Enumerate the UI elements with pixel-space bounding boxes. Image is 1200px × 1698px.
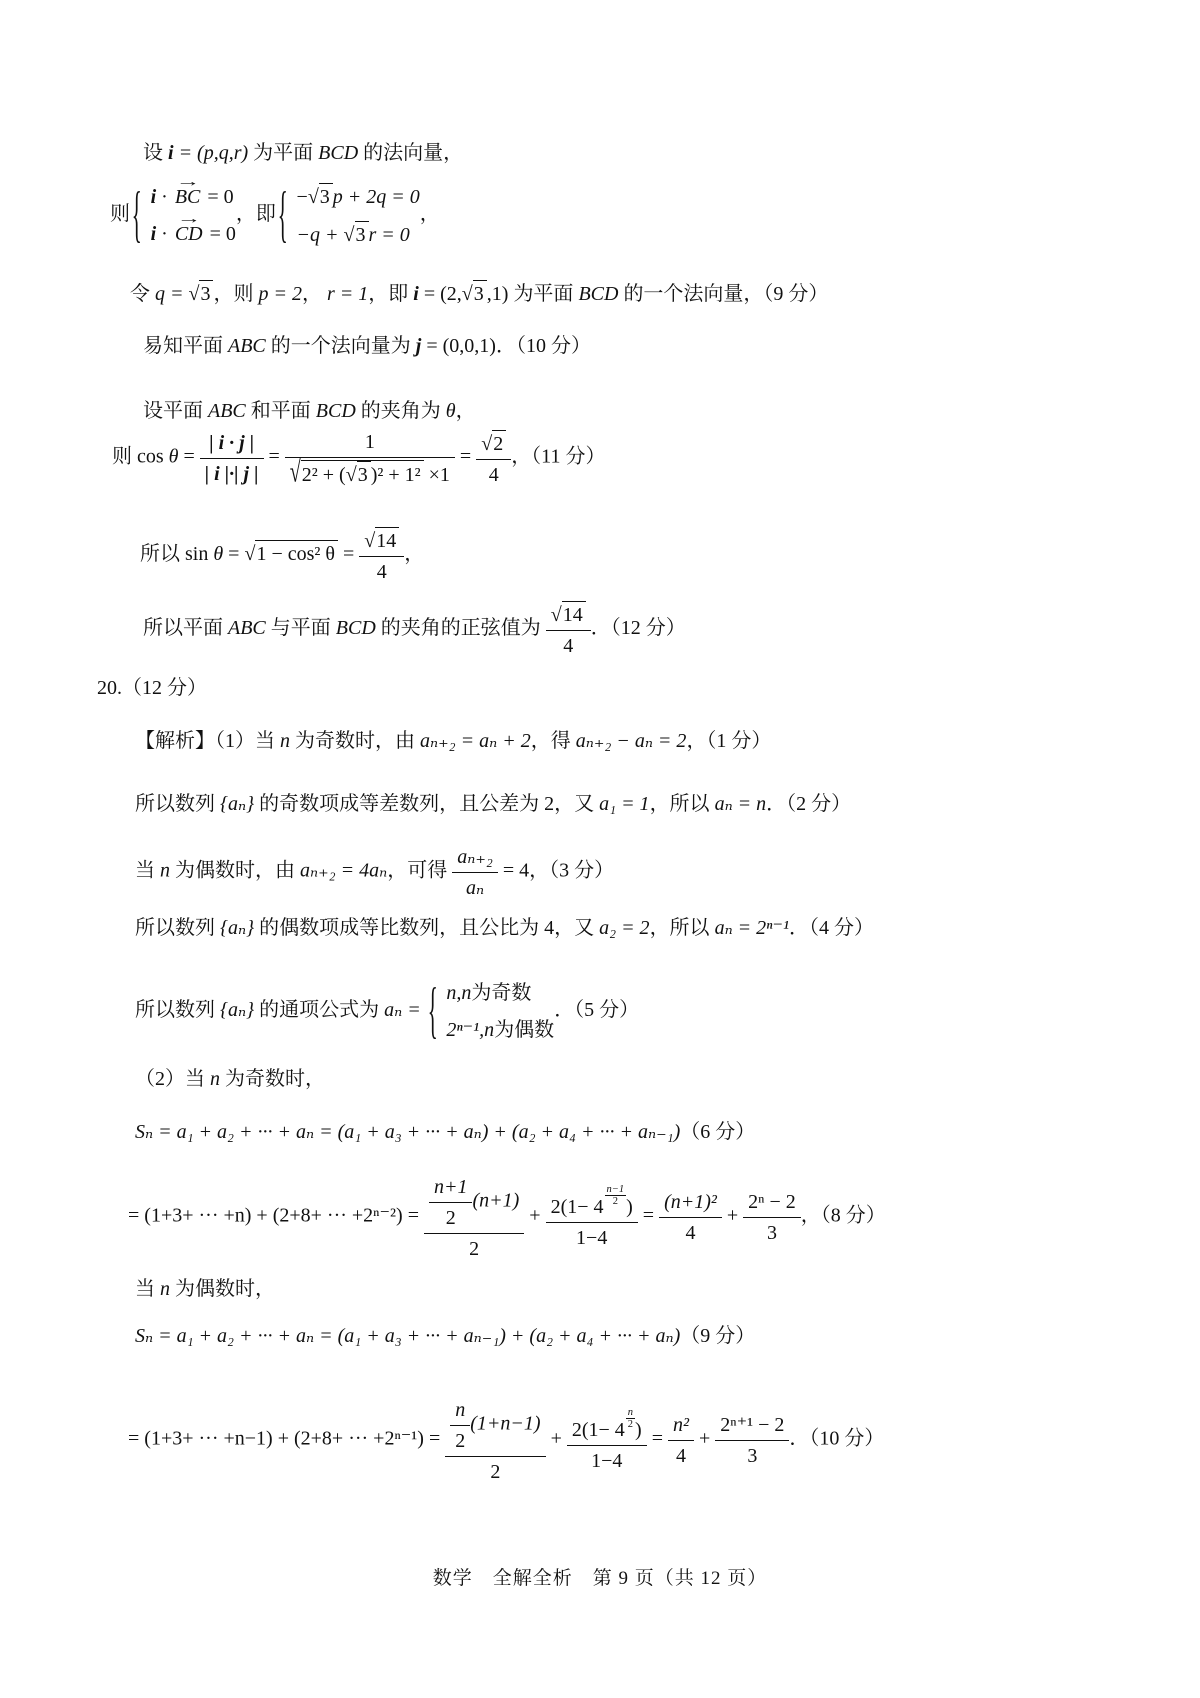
- vector: →BC: [175, 184, 201, 210]
- page-footer: 数学 全解全析 第 9 页（共 12 页）: [0, 1563, 1200, 1590]
- denominator: | i |·| j |: [200, 459, 264, 487]
- text: 的一个法向量，（9 分）: [618, 283, 828, 305]
- equation: −q + √3r = 0: [297, 221, 420, 248]
- denominator: 1−4: [567, 1446, 647, 1474]
- document-page: 设 i = (p,q,r) 为平面 BCD 的法向量， 则{i · →BC = …: [0, 0, 1200, 1698]
- numerator: n: [626, 1407, 635, 1419]
- math-function: sin: [185, 543, 208, 565]
- text: ，（1 分）: [686, 730, 771, 752]
- math: aₙ = n: [715, 793, 767, 815]
- numerator: n2(1+n−1): [445, 1395, 545, 1457]
- line-general-formula: 所以数列 {aₙ} 的通项公式为 aₙ = {n,n为奇数2ⁿ⁻¹,n为偶数．（…: [135, 980, 639, 1043]
- cases-group: {i · →BC = 0i · →CD = 0: [130, 184, 236, 247]
- fraction: 2ⁿ − 23: [743, 1188, 801, 1246]
- text: ，: [404, 543, 424, 565]
- denominator: 2: [429, 1203, 473, 1231]
- text: ．（10 分）: [789, 1428, 884, 1450]
- vector-arrow-icon: →: [175, 173, 199, 192]
- math: BCD: [336, 617, 376, 639]
- math: θ: [446, 400, 456, 422]
- cases-rows: −√3p + 2q = 0−q + √3r = 0: [297, 183, 420, 248]
- math: = 0: [202, 186, 233, 208]
- text: 为奇数: [471, 982, 531, 1004]
- line-solve-normal-vector: 令 q = √3，则 p = 2， r = 1，即 i = (2,√3,1) 为…: [130, 280, 828, 307]
- text: 与平面: [266, 617, 336, 639]
- line-sn-even-result: = (1+3+ ··· +n−1) + (2+8+ ··· +2ⁿ⁻¹) = n…: [128, 1395, 884, 1485]
- text: 所以数列: [135, 917, 220, 939]
- text: ，: [420, 203, 440, 225]
- math: aₙ₊₂ = 4aₙ: [300, 860, 387, 882]
- text: 为奇数时，由: [290, 730, 420, 752]
- problem-number: 20.: [97, 677, 122, 699]
- denominator: 4: [659, 1218, 722, 1246]
- radicand: 14: [375, 527, 399, 554]
- denominator: 3: [715, 1441, 789, 1469]
- denominator: 4: [546, 631, 591, 659]
- text: 的一个法向量为: [266, 335, 416, 357]
- text: 当: [135, 1278, 160, 1300]
- fraction: √24: [476, 429, 511, 488]
- math: p = 2: [258, 283, 302, 305]
- line-conclusion-sine-value: 所以平面 ABC 与平面 BCD 的夹角的正弦值为 √144．（12 分）: [143, 600, 686, 659]
- fraction: √144: [546, 600, 591, 659]
- text: ，即: [236, 203, 276, 225]
- math: =: [638, 1205, 659, 1227]
- line-angle-theta-setup: 设平面 ABC 和平面 BCD 的夹角为 θ，: [143, 398, 476, 424]
- text: ，: [302, 283, 327, 305]
- math: ABC: [208, 400, 246, 422]
- math: =: [647, 1428, 668, 1450]
- text: 【解析】（1）当: [135, 730, 280, 752]
- fraction: n2(1+n−1)2: [445, 1395, 545, 1485]
- text: ，可得: [387, 860, 452, 882]
- vector-arrow-icon: →: [177, 210, 201, 229]
- radical: √14: [551, 601, 586, 628]
- text: 的奇数项成等差数列，且公差为 2，又: [254, 793, 599, 815]
- text: ，即: [368, 283, 413, 305]
- math: =: [338, 543, 359, 565]
- text: （9 分）: [680, 1325, 755, 1347]
- text: 则: [112, 446, 137, 468]
- fraction: √144: [359, 526, 404, 585]
- fraction: n+12(n+1)2: [424, 1172, 524, 1262]
- math: r = 0: [369, 224, 410, 246]
- equation: −√3p + 2q = 0: [297, 183, 420, 210]
- numerator: √14: [359, 526, 404, 557]
- radical-sign-icon: √: [551, 602, 562, 628]
- radicand: 3: [355, 221, 369, 248]
- text: ．（5 分）: [554, 999, 639, 1021]
- math: (1+n−1): [470, 1413, 540, 1435]
- text: ，所以: [650, 793, 715, 815]
- radicand: 2² + (√3)² + 1²: [301, 460, 424, 488]
- line-sn-odd-expansion: Sₙ = a₁ + a₂ + ··· + aₙ = (a₁ + a₃ + ···…: [135, 1119, 755, 1145]
- radical: √3: [344, 221, 369, 248]
- math: +: [694, 1428, 715, 1450]
- math: 2(1− 4: [551, 1196, 604, 1218]
- radical: √3: [346, 461, 371, 488]
- line-even-geometric: 所以数列 {aₙ} 的偶数项成等比数列，且公比为 4，又 a₂ = 2，所以 a…: [135, 915, 874, 941]
- text: 所以: [140, 543, 185, 565]
- text: （2）当: [135, 1068, 210, 1090]
- math: 2(1− 4: [572, 1419, 625, 1441]
- line-sn-odd-result: = (1+3+ ··· +n) + (2+8+ ··· +2ⁿ⁻²) = n+1…: [128, 1172, 886, 1262]
- text: 所以平面: [143, 617, 228, 639]
- math: = (1+3+ ··· +n−1) + (2+8+ ··· +2ⁿ⁻¹) =: [128, 1428, 445, 1450]
- line-analysis-odd-case: 【解析】（1）当 n 为奇数时，由 aₙ₊₂ = aₙ + 2，得 aₙ₊₂ −…: [135, 728, 771, 754]
- case-even: 2ⁿ⁻¹,n为偶数: [446, 1017, 554, 1043]
- text: 的通项公式为: [254, 999, 384, 1021]
- numerator: n: [450, 1396, 470, 1426]
- cases-rows: i · →BC = 0i · →CD = 0: [151, 184, 236, 247]
- math: +: [546, 1428, 567, 1450]
- problem-score: （12 分）: [122, 677, 207, 699]
- math: n: [280, 730, 290, 752]
- cases-group: {n,n为奇数2ⁿ⁻¹,n为偶数: [426, 980, 554, 1043]
- text: 为偶数时，由: [170, 860, 300, 882]
- fraction: n2: [450, 1396, 470, 1454]
- text: 易知平面: [143, 335, 228, 357]
- text: ，得: [531, 730, 576, 752]
- text: ．（2 分）: [766, 793, 851, 815]
- left-brace-icon: {: [278, 175, 288, 256]
- fraction: (n+1)²4: [659, 1188, 722, 1246]
- denominator: √2² + (√3)² + 1² ×1: [285, 458, 455, 488]
- math: = (0,0,1): [421, 335, 496, 357]
- math: θ: [164, 446, 184, 468]
- numerator: √14: [546, 600, 591, 631]
- radicand: 14: [562, 601, 586, 628]
- line-odd-arithmetic: 所以数列 {aₙ} 的奇数项成等差数列，且公差为 2，又 a₁ = 1，所以 a…: [135, 791, 851, 817]
- text: 的夹角的正弦值为: [376, 617, 546, 639]
- math: −q +: [297, 224, 344, 246]
- denominator: 4: [359, 557, 404, 585]
- radical: √14: [364, 527, 399, 554]
- denominator: 3: [743, 1218, 801, 1246]
- vector: →CD: [175, 221, 203, 247]
- text: 的夹角为: [356, 400, 446, 422]
- radical-sign-icon: √: [346, 462, 357, 488]
- radical: √3: [308, 183, 333, 210]
- line-system-equations: 则{i · →BC = 0i · →CD = 0，即{−√3p + 2q = 0…: [110, 183, 440, 248]
- text: ，则: [213, 283, 258, 305]
- math: = (2,: [419, 283, 462, 305]
- math: q =: [155, 283, 189, 305]
- fraction: 2(1− 4n2)1−4: [567, 1406, 647, 1474]
- line-part2-odd: （2）当 n 为奇数时，: [135, 1066, 325, 1092]
- math: = (p,q,r): [174, 142, 254, 164]
- radicand: 1 − cos² θ: [255, 540, 338, 567]
- text: ．（10 分）: [496, 335, 591, 357]
- math: ): [635, 1419, 642, 1441]
- math: = 4: [498, 860, 529, 882]
- math: = 0: [205, 223, 236, 245]
- math: a₂ = 2: [599, 917, 649, 939]
- denominator: 2: [424, 1234, 524, 1262]
- math: ·: [156, 223, 173, 245]
- denominator: 2: [445, 1457, 545, 1485]
- radical-sign-icon: √: [364, 528, 375, 554]
- radical: √2² + (√3)² + 1²: [290, 460, 424, 488]
- math: =: [184, 446, 200, 468]
- math: θ: [208, 543, 228, 565]
- line-plane-abc-normal: 易知平面 ABC 的一个法向量为 j = (0,0,1)．（10 分）: [143, 333, 591, 359]
- fraction: | i · j || i |·| j |: [200, 429, 264, 487]
- fraction: n²4: [668, 1411, 694, 1469]
- equation: i · →BC = 0: [151, 184, 236, 210]
- line-sn-even-expansion: Sₙ = a₁ + a₂ + ··· + aₙ = (a₁ + a₃ + ···…: [135, 1323, 755, 1349]
- math: {aₙ}: [220, 793, 254, 815]
- text: （6 分）: [680, 1121, 755, 1143]
- math: = (1+3+ ··· +n) + (2+8+ ··· +2ⁿ⁻²) =: [128, 1205, 424, 1227]
- numerator: aₙ₊₂: [452, 843, 498, 873]
- line-sin-theta-formula: 所以 sin θ = √1 − cos² θ = √144，: [140, 526, 424, 585]
- radical-sign-icon: √: [189, 281, 200, 307]
- exponent-fraction: n2: [626, 1407, 635, 1430]
- denominator: aₙ: [452, 873, 498, 901]
- text: 令: [130, 283, 155, 305]
- radical: √3: [189, 280, 214, 307]
- numerator: 2ⁿ − 2: [743, 1188, 801, 1218]
- math: r = 1: [327, 283, 368, 305]
- text: 和平面: [246, 400, 316, 422]
- math: 2² + (: [302, 464, 346, 486]
- text: ，（8 分）: [801, 1205, 886, 1227]
- text: 为平面: [253, 142, 318, 164]
- line-even-case-2: 当 n 为偶数时，: [135, 1276, 275, 1302]
- math: =: [228, 543, 244, 565]
- numerator: n+1: [429, 1173, 473, 1203]
- denominator: 4: [476, 460, 511, 488]
- fraction: 2ⁿ⁺¹ − 23: [715, 1411, 789, 1469]
- math: Sₙ = a₁ + a₂ + ··· + aₙ = (a₁ + a₃ + ···…: [135, 1325, 680, 1347]
- math: Sₙ = a₁ + a₂ + ··· + aₙ = (a₁ + a₃ + ···…: [135, 1121, 680, 1143]
- math: p + 2q = 0: [333, 186, 420, 208]
- numerator: √2: [476, 429, 511, 460]
- fraction: aₙ₊₂aₙ: [452, 843, 498, 901]
- text: ．（4 分）: [789, 917, 874, 939]
- radical: √3: [462, 280, 487, 307]
- radical-sign-icon: √: [308, 184, 319, 210]
- case-odd: n,n为奇数: [446, 980, 554, 1006]
- radical-sign-icon: √: [344, 222, 355, 248]
- radicand: 3: [319, 183, 333, 210]
- math: +: [722, 1205, 743, 1227]
- text: 设: [143, 142, 168, 164]
- numerator: 2ⁿ⁺¹ − 2: [715, 1411, 789, 1441]
- denominator: 2: [450, 1426, 470, 1454]
- math: ABC: [228, 617, 266, 639]
- radicand: 2: [492, 430, 506, 457]
- math: aₙ₊₂ = aₙ + 2: [420, 730, 531, 752]
- text: 的偶数项成等比数列，且公比为 4，又: [254, 917, 599, 939]
- text: ．（12 分）: [591, 617, 686, 639]
- text: 设平面: [143, 400, 208, 422]
- math: )² + 1²: [371, 464, 421, 486]
- text: 为偶数时，: [170, 1278, 275, 1300]
- text: 为奇数时，: [220, 1068, 325, 1090]
- math: =: [455, 446, 476, 468]
- left-brace-icon: {: [427, 971, 437, 1052]
- radicand: 3: [357, 461, 371, 488]
- fraction: 1√2² + (√3)² + 1² ×1: [285, 428, 455, 488]
- math: ,1): [487, 283, 514, 305]
- text: ，（3 分）: [529, 860, 614, 882]
- math: ABC: [228, 335, 266, 357]
- radical-sign-icon: √: [244, 541, 255, 567]
- math: +: [524, 1205, 545, 1227]
- text: ，所以: [650, 917, 715, 939]
- math: −: [297, 186, 308, 208]
- math: ×1: [424, 464, 450, 486]
- equation: i · →CD = 0: [151, 221, 236, 247]
- numerator: 2(1− 4n−12): [546, 1183, 638, 1223]
- math: 2ⁿ⁻¹,n: [446, 1019, 494, 1041]
- numerator: 2(1− 4n2): [567, 1406, 647, 1446]
- numerator: (n+1)²: [659, 1188, 722, 1218]
- denominator: 2: [605, 1196, 627, 1207]
- radical: √2: [481, 430, 506, 457]
- math: (n+1): [472, 1190, 519, 1212]
- denominator: 4: [668, 1441, 694, 1469]
- math: {aₙ}: [220, 999, 254, 1021]
- denominator: 2: [626, 1419, 635, 1430]
- math: {aₙ}: [220, 917, 254, 939]
- math: BCD: [578, 283, 618, 305]
- cases-group: {−√3p + 2q = 0−q + √3r = 0: [276, 183, 420, 248]
- radical: √1 − cos² θ: [244, 540, 338, 567]
- cases-rows: n,n为奇数2ⁿ⁻¹,n为偶数: [446, 980, 554, 1043]
- math: ·: [156, 186, 173, 208]
- fraction: 2(1− 4n−12)1−4: [546, 1183, 638, 1251]
- numerator: 1: [285, 428, 455, 458]
- numerator: n²: [668, 1411, 694, 1441]
- text: 为偶数: [494, 1019, 554, 1041]
- radicand: 3: [473, 280, 487, 307]
- math-function: cos: [137, 446, 164, 468]
- line-even-case: 当 n 为偶数时，由 aₙ₊₂ = 4aₙ，可得 aₙ₊₂aₙ = 4，（3 分…: [135, 843, 614, 901]
- text: ，（11 分）: [511, 446, 605, 468]
- line-normal-vector-setup: 设 i = (p,q,r) 为平面 BCD 的法向量，: [143, 140, 463, 166]
- math: n: [210, 1068, 220, 1090]
- text: 所以数列: [135, 999, 220, 1021]
- radical-sign-icon: √: [290, 453, 301, 492]
- radical-sign-icon: √: [462, 281, 473, 307]
- math: BCD: [318, 142, 358, 164]
- text: ，: [456, 400, 476, 422]
- text: 所以数列: [135, 793, 220, 815]
- text: 则: [110, 203, 130, 225]
- math: n: [160, 1278, 170, 1300]
- math: n,n: [446, 982, 471, 1004]
- numerator: n+12(n+1): [424, 1172, 524, 1234]
- numerator: n−1: [605, 1184, 627, 1196]
- math: n: [160, 860, 170, 882]
- math: aₙ =: [384, 999, 426, 1021]
- math: BCD: [316, 400, 356, 422]
- radical-sign-icon: √: [481, 431, 492, 457]
- line-cos-theta-formula: 则 cos θ = | i · j || i |·| j | = 1√2² + …: [112, 428, 605, 488]
- math: aₙ = 2ⁿ⁻¹: [715, 917, 789, 939]
- text: 的法向量，: [358, 142, 463, 164]
- fraction: n+12: [429, 1173, 473, 1231]
- numerator: | i · j |: [200, 429, 264, 459]
- math: aₙ₊₂ − aₙ = 2: [576, 730, 687, 752]
- math: ): [626, 1196, 633, 1218]
- math: a₁ = 1: [599, 793, 649, 815]
- exponent-fraction: n−12: [605, 1184, 627, 1207]
- text: 当: [135, 860, 160, 882]
- left-brace-icon: {: [132, 175, 142, 256]
- text: 为平面: [513, 283, 578, 305]
- radicand: 3: [199, 280, 213, 307]
- denominator: 1−4: [546, 1223, 638, 1251]
- math: =: [264, 446, 285, 468]
- problem-20-header: 20.（12 分）: [97, 675, 207, 701]
